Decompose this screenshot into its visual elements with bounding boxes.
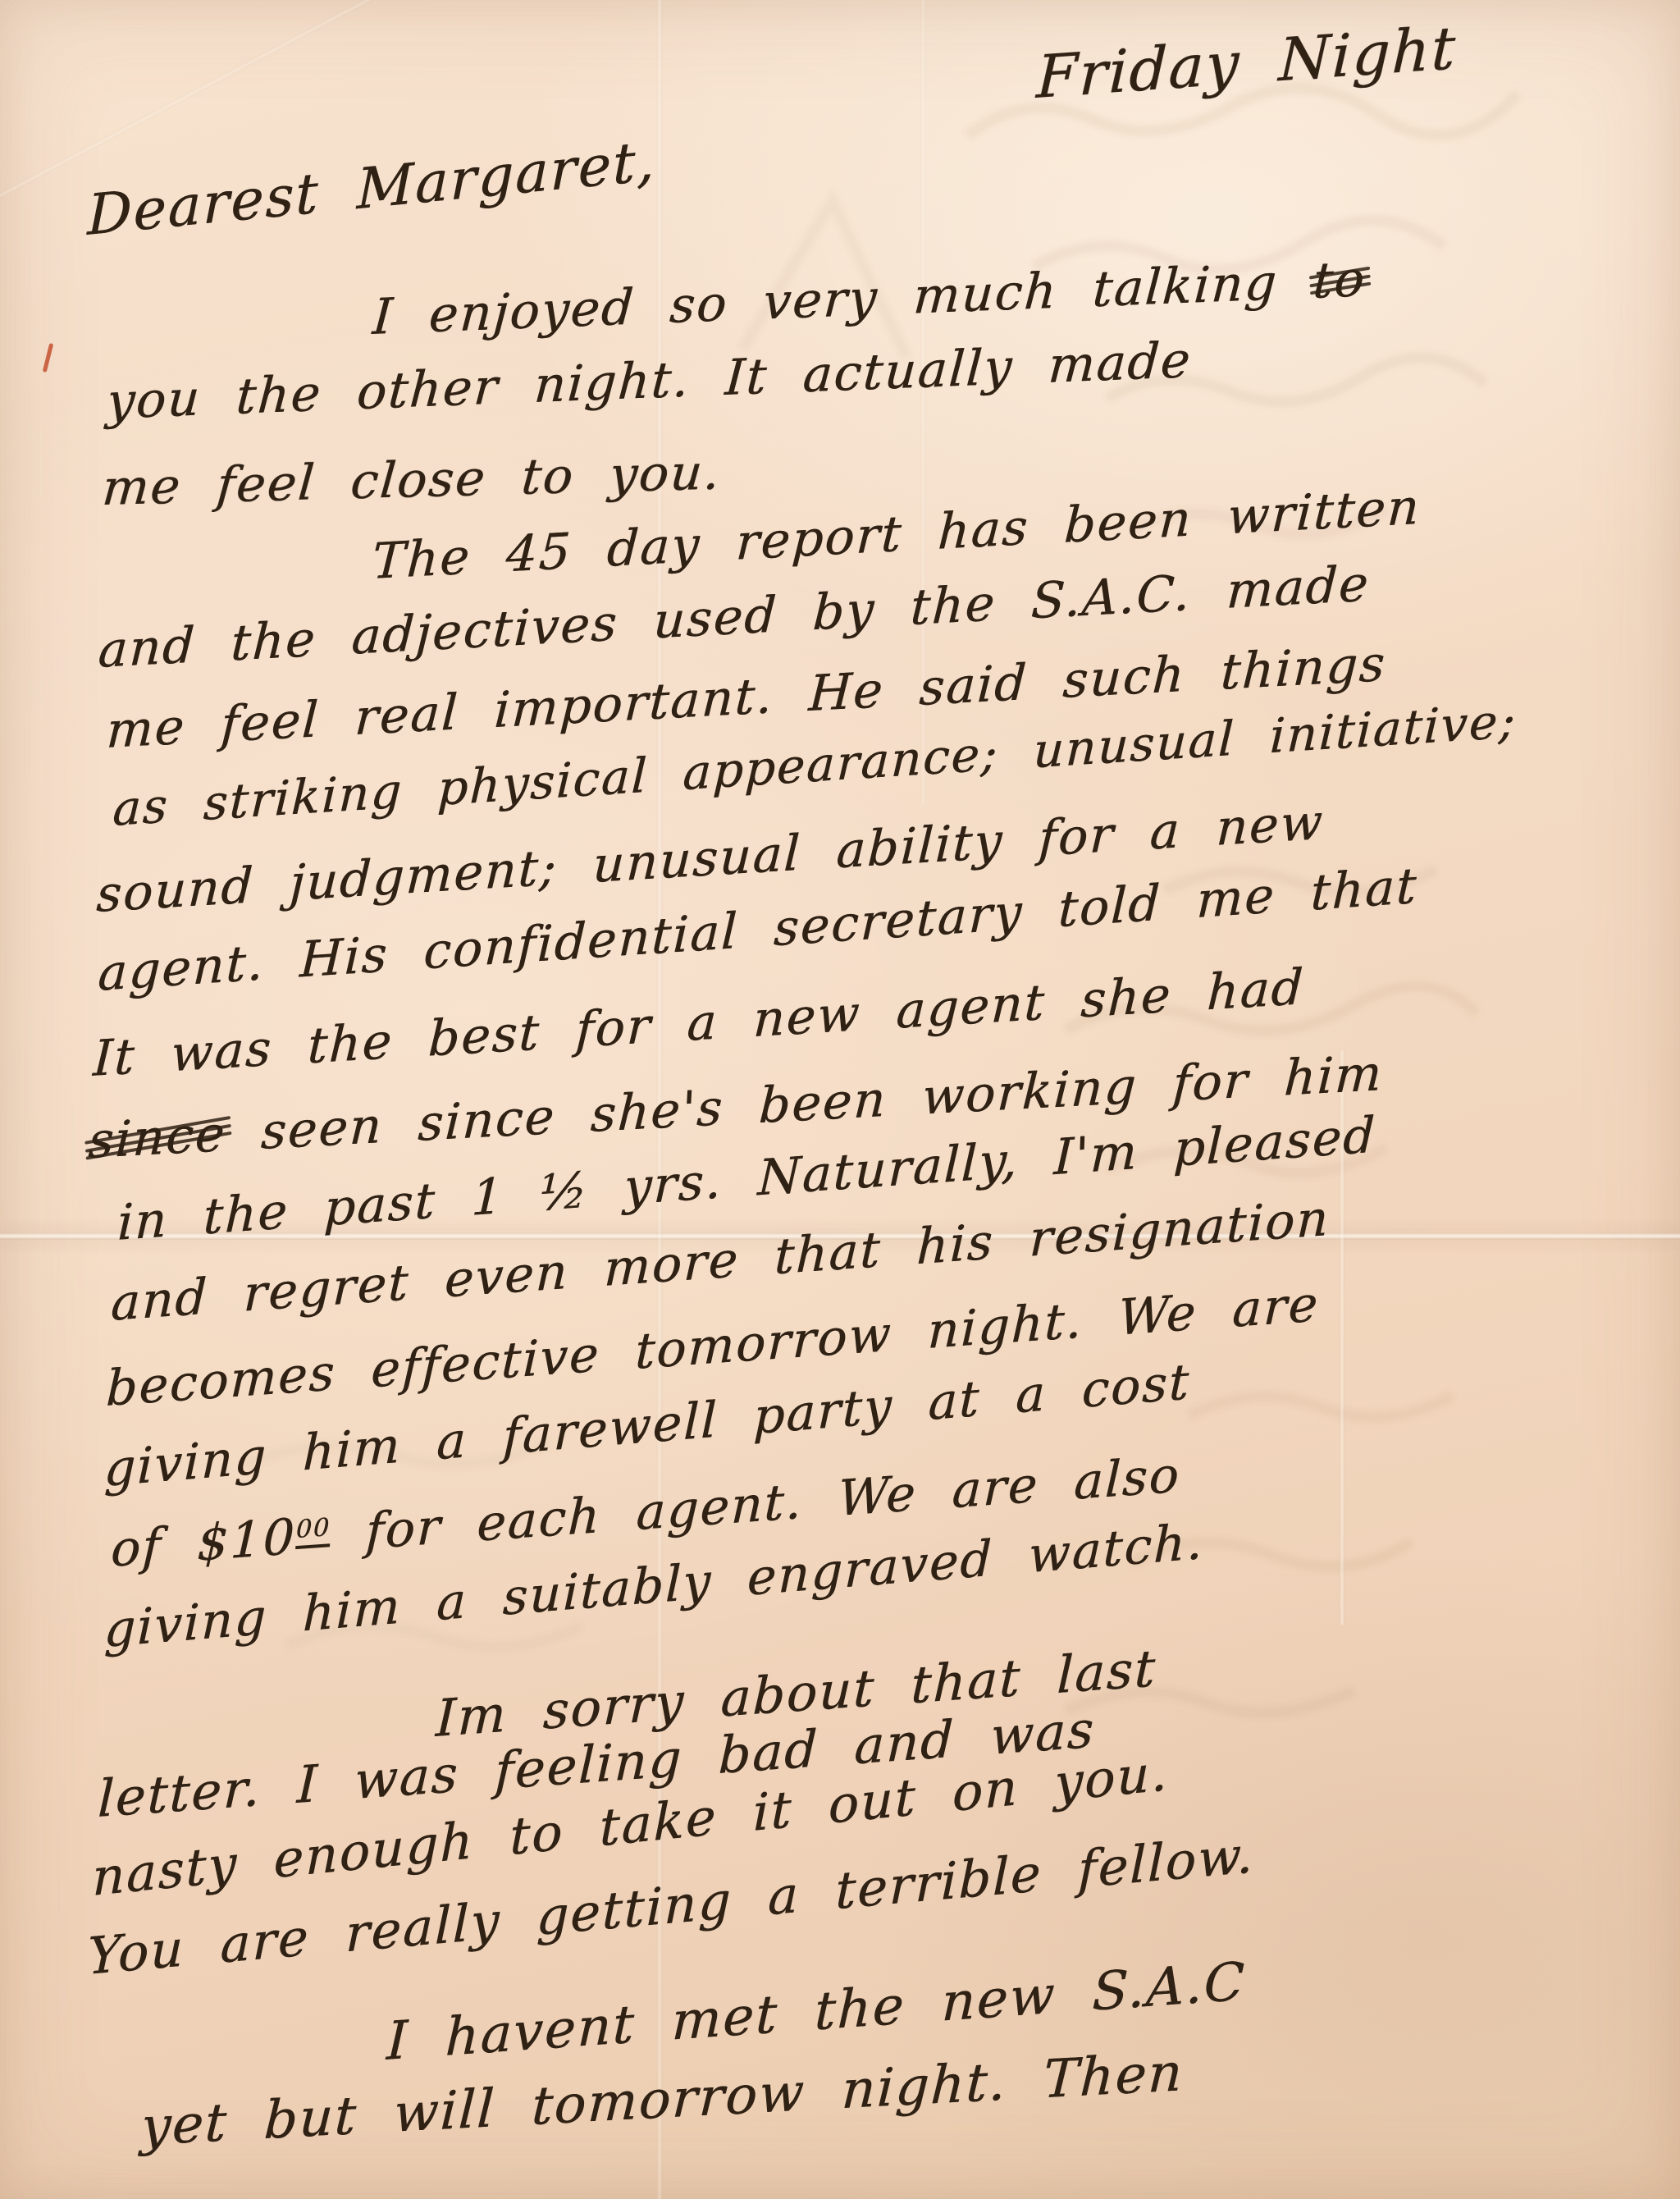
- struck-word: to: [1311, 250, 1367, 310]
- scanned-letter-page: Friday Night Dearest Margaret, I enjoyed…: [0, 0, 1680, 2199]
- superscript-cents: 00: [295, 1513, 331, 1549]
- struck-word: since: [87, 1105, 227, 1170]
